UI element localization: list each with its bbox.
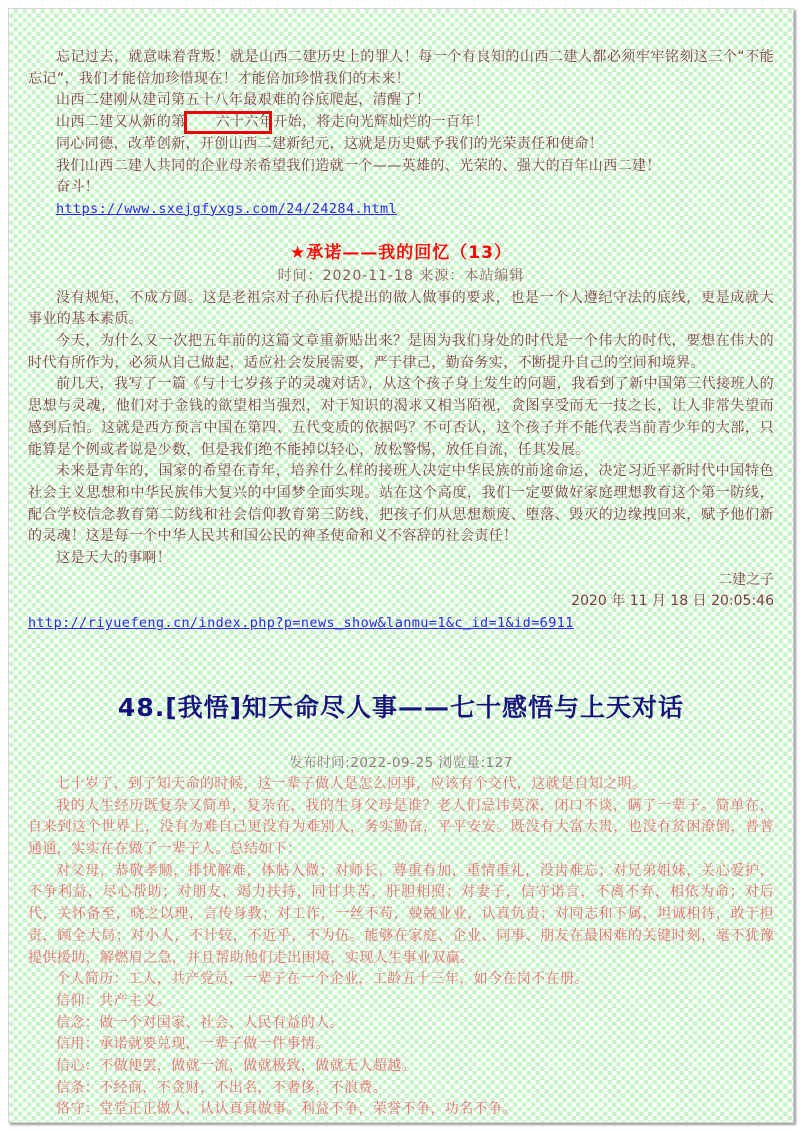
article2-meta: 时间：2020-11-18 来源：本站编辑 (28, 265, 774, 288)
article2-title: ★承诺——我的回忆（13） (28, 241, 774, 265)
article2-source-link[interactable]: http://riyuefeng.cn/index.php?p=news_sho… (28, 615, 574, 631)
article1-source-link[interactable]: https://www.sxejgfyxgs.com/24/24284.html (56, 201, 397, 217)
article2-signature: 二建之子 (28, 570, 774, 592)
article3-paragraph: 信条：不经商，不贪财，不出名，不奢侈，不浪费。 (28, 1078, 774, 1100)
article1-paragraph: 山西二建刚从建司第五十八年最艰难的谷底爬起，清醒了！ (28, 90, 774, 112)
document-page: 忘记过去，就意味着背叛！就是山西二建历史上的罪人！每一个有良知的山西二建人都必须… (8, 8, 794, 1123)
boxed-line-suffix: 年开始，将走向光辉灿烂的一百年！ (259, 114, 489, 130)
article2-paragraph: 今天，为什么又一次把五年前的这篇文章重新贴出来？是因为我们身处的时代是一个伟大的… (28, 331, 774, 374)
article2-link-line: http://riyuefeng.cn/index.php?p=news_sho… (28, 613, 774, 635)
article3-paragraph: 恪守：堂堂正正做人，认认真真做事。利益不争，荣誉不争，功名不争。 (28, 1099, 774, 1121)
article3-paragraph: 个人简历：工人，共产党员，一辈子在一个企业，工龄五十三年，如今在岗不在册。 (28, 969, 774, 991)
article1-paragraph: 我们山西二建人共同的企业母亲希望我们造就一个——英雄的、光荣的、强大的百年山西二… (28, 156, 774, 178)
article3-meta: 发布时间:2022-09-25 浏览量:127 (28, 753, 774, 774)
article-1: 忘记过去，就意味着背叛！就是山西二建历史上的罪人！每一个有良知的山西二建人都必须… (28, 47, 774, 221)
article1-paragraph: 同心同德，改革创新，开创山西二建新纪元，这就是历史赋予我们的光荣责任和使命！ (28, 134, 774, 156)
article1-link-line: https://www.sxejgfyxgs.com/24/24284.html (28, 199, 774, 221)
article3-paragraph: 信仰：共产主义。 (28, 991, 774, 1013)
article2-paragraph: 没有规矩，不成方圆。这是老祖宗对子孙后代提出的做人做事的要求，也是一个人遵纪守法… (28, 288, 774, 331)
article-3: 48.[我悟]知天命尽人事——七十感悟与上天对话 发布时间:2022-09-25… (28, 692, 774, 1121)
article-2: ★承诺——我的回忆（13） 时间：2020-11-18 来源：本站编辑 没有规矩… (28, 241, 774, 635)
article2-datetime: 2020 年 11 月 18 日 20:05:46 (28, 591, 774, 613)
article3-paragraph: 信用：承诺就要兑现，一辈子做一件事情。 (28, 1034, 774, 1056)
article1-boxed-line: 山西二建又从新的第六十六年开始，将走向光辉灿烂的一百年！ (28, 112, 774, 134)
article3-paragraph: 七十岁了，到了知天命的时候，这一辈子做人是怎么回事，应该有个交代，这就是自知之明… (28, 774, 774, 796)
article2-paragraph: 这是天大的事啊！ (28, 548, 774, 570)
article2-paragraph: 未来是青年的，国家的希望在青年，培养什么样的接班人决定中华民族的前途命运，决定习… (28, 461, 774, 548)
article1-paragraph: 奋斗！ (28, 177, 774, 199)
article1-paragraph: 忘记过去，就意味着背叛！就是山西二建历史上的罪人！每一个有良知的山西二建人都必须… (28, 47, 774, 90)
article3-paragraph: 信心：不做便罢，做就一流，做就极致，做就无人超越。 (28, 1056, 774, 1078)
article3-paragraph: 对父母，恭敬孝顺，排忧解难，体帖入微；对师长，尊重有加，重情重礼，没齿难忘；对兄… (28, 861, 774, 970)
article3-paragraph: 我的人生经历既复杂又简单，复杂在，我的生身父母是谁？老人们忌讳莫深，闭口不谈，瞒… (28, 796, 774, 861)
article2-paragraph: 前几天，我写了一篇《与十七岁孩子的灵魂对话》，从这个孩子身上发生的问题，我看到了… (28, 374, 774, 461)
article3-paragraph: 信念：做一个对国家、社会、人民有益的人。 (28, 1013, 774, 1035)
article3-title: 48.[我悟]知天命尽人事——七十感悟与上天对话 (28, 692, 774, 724)
boxed-line-prefix: 山西二建又从新的第 (56, 114, 186, 130)
